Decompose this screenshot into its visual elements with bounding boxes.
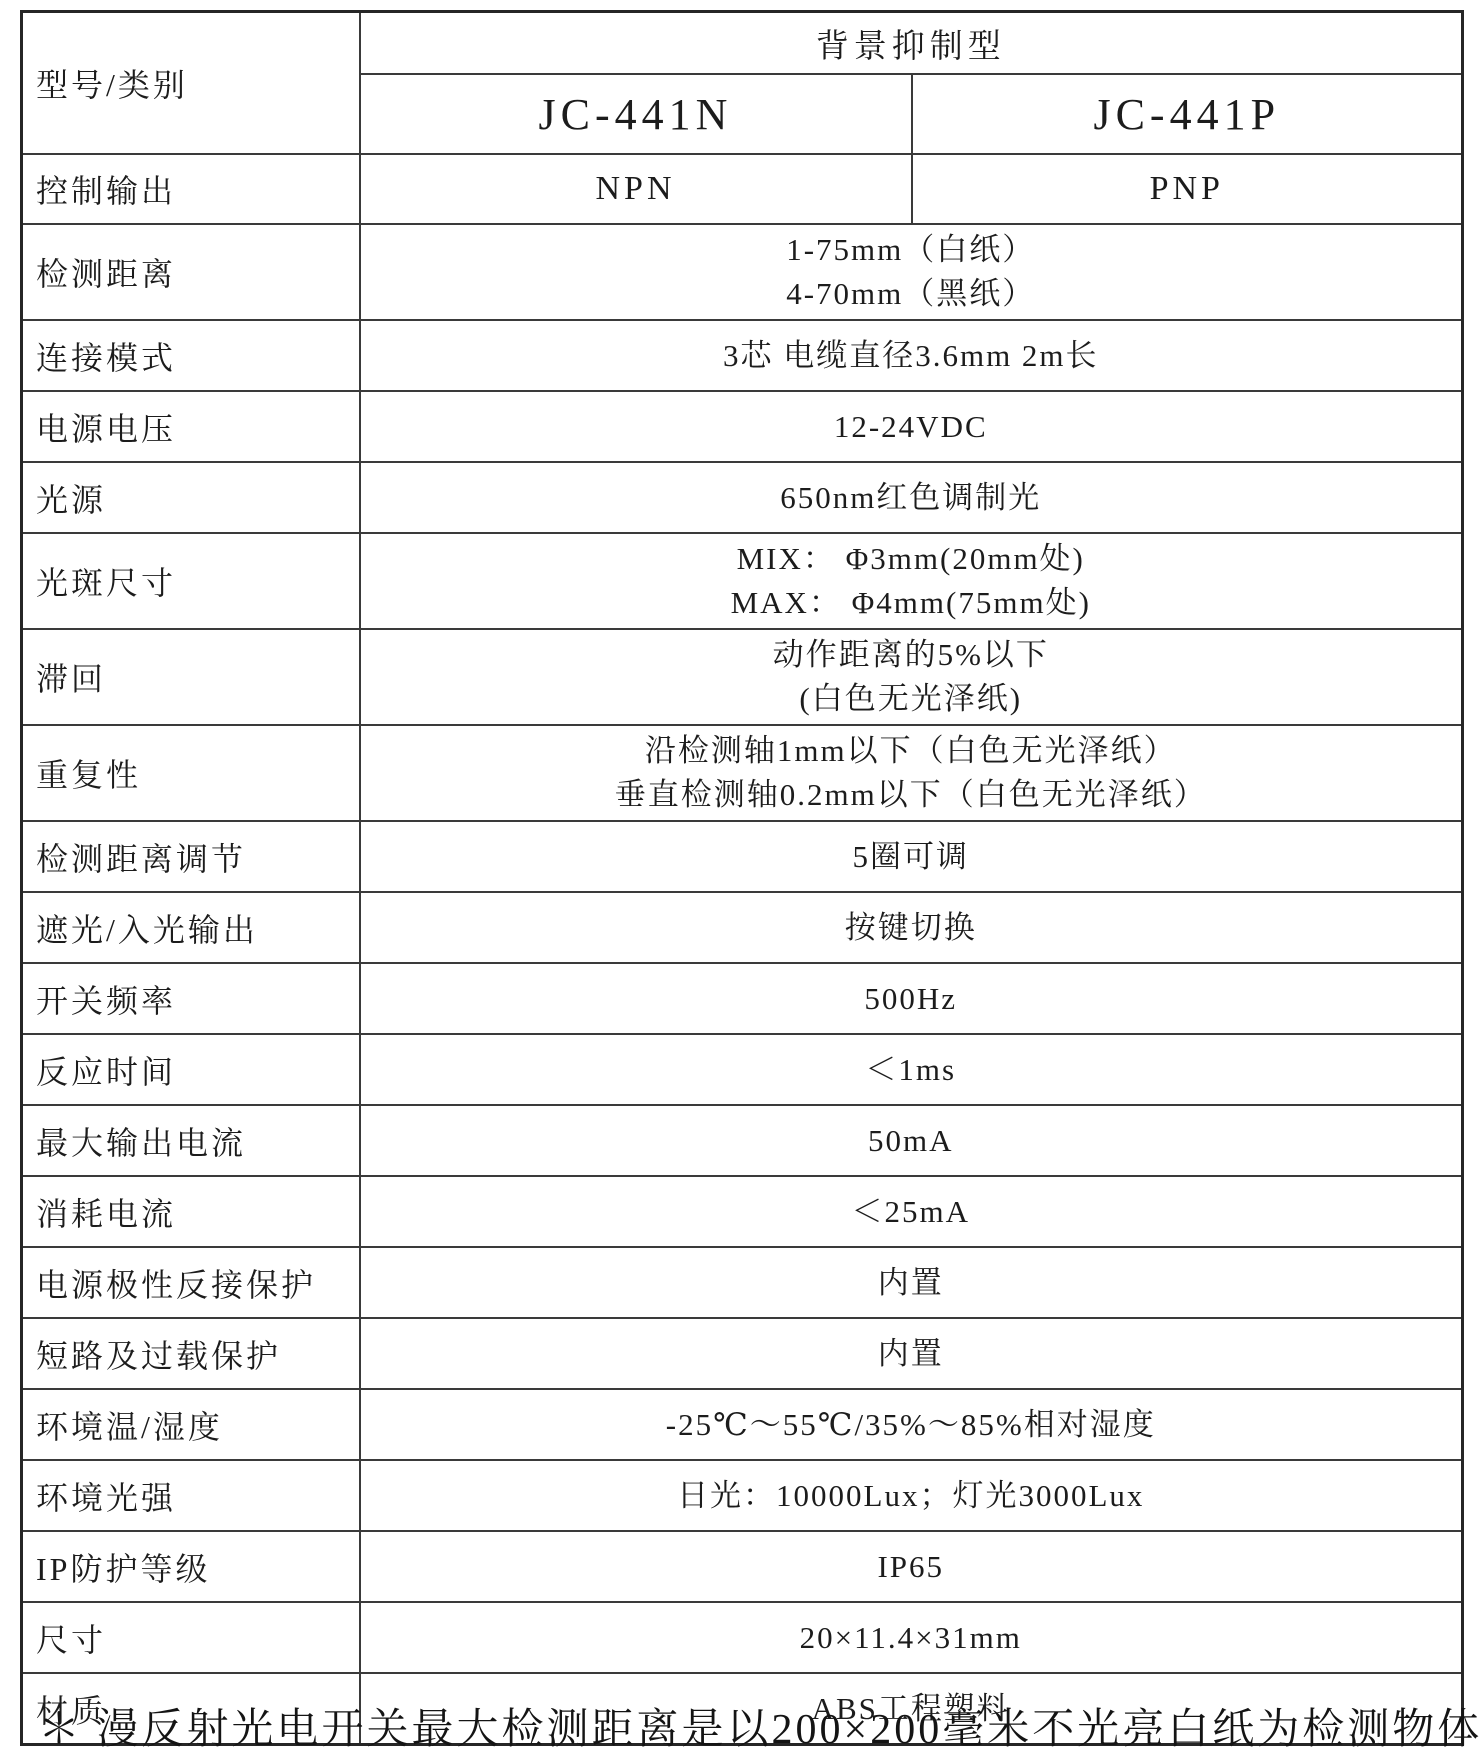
spec-value-line: MIX： Φ3mm(20mm处) bbox=[362, 537, 1461, 581]
spec-value-line: 500Hz bbox=[362, 977, 1461, 1021]
spec-row: 光源650nm红色调制光 bbox=[22, 462, 1463, 533]
model-name-p: JC-441P bbox=[912, 74, 1463, 154]
control-output-label: 控制输出 bbox=[22, 154, 360, 224]
model-name-n: JC-441N bbox=[360, 74, 912, 154]
spec-row-label: 消耗电流 bbox=[22, 1176, 360, 1247]
model-category-label: 型号/类别 bbox=[22, 12, 360, 155]
category-row: 型号/类别 背景抑制型 bbox=[22, 12, 1463, 75]
spec-row: 检测距离调节5圈可调 bbox=[22, 821, 1463, 892]
spec-value-line: 20×11.4×31mm bbox=[362, 1616, 1461, 1660]
spec-row-label: 环境光强 bbox=[22, 1460, 360, 1531]
spec-row-label: 电源极性反接保护 bbox=[22, 1247, 360, 1318]
spec-value-line: ＜25mA bbox=[362, 1190, 1461, 1234]
category-value: 背景抑制型 bbox=[360, 12, 1463, 75]
spec-row-value: 1-75mm（白纸）4-70mm（黑纸） bbox=[360, 224, 1463, 320]
spec-row-value: 内置 bbox=[360, 1247, 1463, 1318]
spec-table: 型号/类别 背景抑制型 JC-441N JC-441P 控制输出 NPN PNP… bbox=[20, 10, 1464, 1746]
spec-row-label: 光源 bbox=[22, 462, 360, 533]
spec-value-line: 内置 bbox=[362, 1261, 1461, 1305]
spec-value-line: (白色无光泽纸) bbox=[362, 677, 1461, 721]
spec-row: 连接模式3芯 电缆直径3.6mm 2m长 bbox=[22, 320, 1463, 391]
spec-row-label: 检测距离 bbox=[22, 224, 360, 320]
spec-row-label: 反应时间 bbox=[22, 1034, 360, 1105]
spec-row: 反应时间＜1ms bbox=[22, 1034, 1463, 1105]
spec-row: 尺寸20×11.4×31mm bbox=[22, 1602, 1463, 1673]
spec-row-value: ＜25mA bbox=[360, 1176, 1463, 1247]
spec-value-line: 动作距离的5%以下 bbox=[362, 633, 1461, 677]
spec-row-value: 按键切换 bbox=[360, 892, 1463, 963]
spec-row-value: 日光：10000Lux；灯光3000Lux bbox=[360, 1460, 1463, 1531]
spec-row-label: 环境温/湿度 bbox=[22, 1389, 360, 1460]
spec-row: 环境温/湿度-25℃～55℃/35%～85%相对湿度 bbox=[22, 1389, 1463, 1460]
spec-row-label: 遮光/入光输出 bbox=[22, 892, 360, 963]
spec-row: IP防护等级IP65 bbox=[22, 1531, 1463, 1602]
spec-row-label: 光斑尺寸 bbox=[22, 533, 360, 629]
spec-value-line: IP65 bbox=[362, 1545, 1461, 1589]
spec-row: 电源极性反接保护内置 bbox=[22, 1247, 1463, 1318]
spec-row-label: 检测距离调节 bbox=[22, 821, 360, 892]
spec-row: 滞回动作距离的5%以下(白色无光泽纸) bbox=[22, 629, 1463, 725]
spec-row-value: 动作距离的5%以下(白色无光泽纸) bbox=[360, 629, 1463, 725]
spec-row: 最大输出电流50mA bbox=[22, 1105, 1463, 1176]
spec-value-line: MAX： Φ4mm(75mm处) bbox=[362, 581, 1461, 625]
spec-row-value: 内置 bbox=[360, 1318, 1463, 1389]
spec-value-line: 12-24VDC bbox=[362, 405, 1461, 449]
spec-row: 重复性沿检测轴1mm以下（白色无光泽纸）垂直检测轴0.2mm以下（白色无光泽纸） bbox=[22, 725, 1463, 821]
spec-table-body: 型号/类别 背景抑制型 JC-441N JC-441P 控制输出 NPN PNP… bbox=[22, 12, 1463, 1745]
spec-row-value: 500Hz bbox=[360, 963, 1463, 1034]
spec-row-value: 沿检测轴1mm以下（白色无光泽纸）垂直检测轴0.2mm以下（白色无光泽纸） bbox=[360, 725, 1463, 821]
spec-row: 开关频率500Hz bbox=[22, 963, 1463, 1034]
spec-row-label: 最大输出电流 bbox=[22, 1105, 360, 1176]
spec-value-line: 沿检测轴1mm以下（白色无光泽纸） bbox=[362, 729, 1461, 773]
spec-value-line: 日光：10000Lux；灯光3000Lux bbox=[362, 1474, 1461, 1518]
spec-value-line: 1-75mm（白纸） bbox=[362, 228, 1461, 272]
spec-row-label: 短路及过载保护 bbox=[22, 1318, 360, 1389]
spec-row-label: 尺寸 bbox=[22, 1602, 360, 1673]
control-output-pnp: PNP bbox=[912, 154, 1463, 224]
spec-row-label: 开关频率 bbox=[22, 963, 360, 1034]
spec-row-value: 50mA bbox=[360, 1105, 1463, 1176]
spec-row-value: 12-24VDC bbox=[360, 391, 1463, 462]
spec-value-line: 650nm红色调制光 bbox=[362, 476, 1461, 520]
control-output-npn: NPN bbox=[360, 154, 912, 224]
spec-value-line: 3芯 电缆直径3.6mm 2m长 bbox=[362, 334, 1461, 378]
spec-value-line: 5圈可调 bbox=[362, 835, 1461, 879]
spec-row-value: -25℃～55℃/35%～85%相对湿度 bbox=[360, 1389, 1463, 1460]
spec-row-value: ＜1ms bbox=[360, 1034, 1463, 1105]
spec-row-label: 连接模式 bbox=[22, 320, 360, 391]
spec-row: 检测距离1-75mm（白纸）4-70mm（黑纸） bbox=[22, 224, 1463, 320]
spec-row-value: IP65 bbox=[360, 1531, 1463, 1602]
footnote-text: ＊ 漫反射光电开关最大检测距离是以200×200毫米不光亮白纸为检测物体。 bbox=[38, 1696, 1468, 1756]
spec-row-value: 3芯 电缆直径3.6mm 2m长 bbox=[360, 320, 1463, 391]
spec-row-label: IP防护等级 bbox=[22, 1531, 360, 1602]
spec-value-line: 50mA bbox=[362, 1119, 1461, 1163]
spec-value-line: 按键切换 bbox=[362, 906, 1461, 950]
spec-row-label: 滞回 bbox=[22, 629, 360, 725]
spec-row-value: 5圈可调 bbox=[360, 821, 1463, 892]
spec-row-value: 20×11.4×31mm bbox=[360, 1602, 1463, 1673]
spec-row-value: 650nm红色调制光 bbox=[360, 462, 1463, 533]
spec-value-line: 内置 bbox=[362, 1332, 1461, 1376]
control-output-row: 控制输出 NPN PNP bbox=[22, 154, 1463, 224]
spec-value-line: 4-70mm（黑纸） bbox=[362, 272, 1461, 316]
spec-row: 光斑尺寸MIX： Φ3mm(20mm处)MAX： Φ4mm(75mm处) bbox=[22, 533, 1463, 629]
spec-row: 电源电压12-24VDC bbox=[22, 391, 1463, 462]
spec-row-label: 重复性 bbox=[22, 725, 360, 821]
spec-value-line: ＜1ms bbox=[362, 1048, 1461, 1092]
spec-row: 遮光/入光输出按键切换 bbox=[22, 892, 1463, 963]
spec-row-label: 电源电压 bbox=[22, 391, 360, 462]
spec-row: 环境光强日光：10000Lux；灯光3000Lux bbox=[22, 1460, 1463, 1531]
spec-row: 短路及过载保护内置 bbox=[22, 1318, 1463, 1389]
spec-row-value: MIX： Φ3mm(20mm处)MAX： Φ4mm(75mm处) bbox=[360, 533, 1463, 629]
spec-value-line: -25℃～55℃/35%～85%相对湿度 bbox=[362, 1403, 1461, 1447]
spec-value-line: 垂直检测轴0.2mm以下（白色无光泽纸） bbox=[362, 773, 1461, 817]
spec-row: 消耗电流＜25mA bbox=[22, 1176, 1463, 1247]
